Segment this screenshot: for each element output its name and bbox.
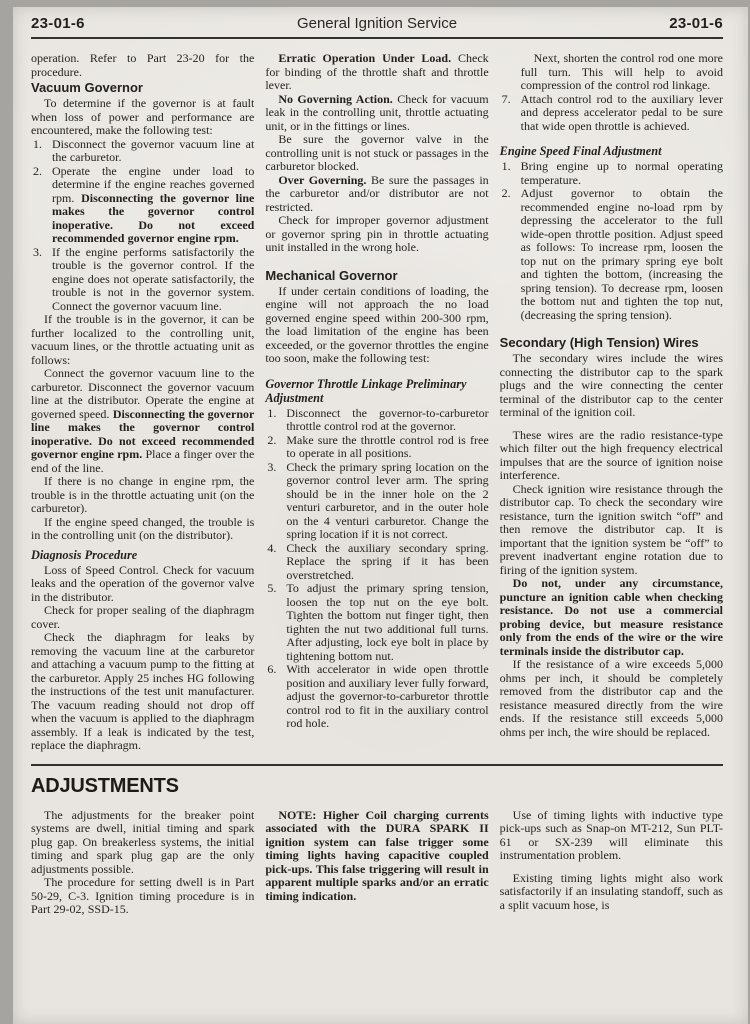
main-column-1: operation. Refer to Part 23-20 for the p…: [31, 52, 254, 753]
text-run: Existing timing lights might also work s…: [500, 871, 723, 912]
paragraph: The procedure for setting dwell is in Pa…: [31, 876, 254, 917]
text-run: Check for proper sealing of the diaphrag…: [31, 603, 254, 631]
text-run: These wires are the radio resistance-typ…: [500, 428, 723, 483]
text-run: Check ignition wire resistance through t…: [500, 482, 723, 577]
text-run: Make sure the throttle control rod is fr…: [286, 433, 488, 461]
text-run: If the engine performs satisfactorily th…: [52, 245, 254, 313]
section-divider-rule: [31, 764, 723, 766]
list-item-text: Disconnect the governor-to-carburetor th…: [286, 406, 488, 434]
text-run: Check for improper governor adjustment o…: [265, 213, 488, 254]
adjustments-section: The adjustments for the breaker point sy…: [31, 809, 723, 917]
adjustments-column-2: NOTE: Higher Coil charging currents asso…: [265, 809, 488, 917]
text-run: The adjustments for the breaker point sy…: [31, 808, 254, 876]
text-run: Bring engine up to normal operating temp…: [521, 159, 723, 187]
paragraph: If there is no change in engine rpm, the…: [31, 475, 254, 516]
page-header: 23-01-6 General Ignition Service 23-01-6: [31, 15, 723, 32]
sub-heading: Diagnosis Procedure: [31, 548, 254, 562]
text-run: If the resistance of a wire exceeds 5,00…: [500, 657, 723, 739]
section-heading: Secondary (High Tension) Wires: [500, 335, 723, 350]
main-section: operation. Refer to Part 23-20 for the p…: [31, 52, 723, 753]
text-run: No Governing Action.: [278, 92, 392, 106]
list-item: 1.Disconnect the governor vacuum line at…: [31, 138, 254, 165]
list-item-text: Adjust governor to obtain the recommende…: [521, 186, 723, 322]
list-item-text: Attach control rod to the auxiliary leve…: [521, 92, 723, 133]
list-item: 4.Check the auxiliary secondary spring. …: [265, 542, 488, 583]
text-run: If there is no change in engine rpm, the…: [31, 474, 254, 515]
list-item: 1.Disconnect the governor-to-carburetor …: [265, 407, 488, 434]
paragraph: operation. Refer to Part 23-20 for the p…: [31, 52, 254, 79]
paragraph: Erratic Operation Under Load. Check for …: [265, 52, 488, 93]
page-title: General Ignition Service: [297, 15, 457, 32]
list-item: 3.Check the primary spring location on t…: [265, 461, 488, 542]
list-item-text: Check the primary spring location on the…: [286, 460, 488, 542]
paragraph: These wires are the radio resistance-typ…: [500, 429, 723, 483]
text-run: The secondary wires include the wires co…: [500, 351, 723, 419]
paragraph: Do not, under any circumstance, puncture…: [500, 577, 723, 658]
text-run: Over Governing.: [278, 173, 366, 187]
paragraph: If the engine speed changed, the trouble…: [31, 516, 254, 543]
list-number: 1.: [267, 407, 276, 421]
adjustments-column-3: Use of timing lights with inductive type…: [500, 809, 723, 917]
list-item: 3.If the engine performs satisfactorily …: [31, 246, 254, 314]
list-number: 2.: [502, 187, 511, 201]
text-run: Check the auxiliary secondary spring. Re…: [286, 541, 488, 582]
paragraph: Check the diaphragm for leaks by removin…: [31, 631, 254, 753]
list-number: 2.: [267, 434, 276, 448]
section-heading: Vacuum Governor: [31, 80, 254, 95]
text-run: If the engine speed changed, the trouble…: [31, 515, 254, 543]
paragraph: Be sure the governor valve in the contro…: [265, 133, 488, 174]
list-item: 1.Bring engine up to normal operating te…: [500, 160, 723, 187]
paragraph: Existing timing lights might also work s…: [500, 872, 723, 913]
paragraph: No Governing Action. Check for vacuum le…: [265, 93, 488, 134]
text-run: Loss of Speed Control. Check for vacuum …: [31, 563, 254, 604]
text-run: Use of timing lights with inductive type…: [500, 808, 723, 863]
text-run: Check the primary spring location on the…: [286, 460, 488, 542]
text-run: To adjust the primary spring tension, lo…: [286, 581, 488, 663]
paragraph: Over Governing. Be sure the passages in …: [265, 174, 488, 215]
list-item: 7.Attach control rod to the auxiliary le…: [500, 93, 723, 134]
list-item: 2.Make sure the throttle control rod is …: [265, 434, 488, 461]
list-number: 7.: [502, 93, 511, 107]
text-run: Disconnect the governor vacuum line at t…: [52, 137, 254, 165]
sub-heading: Governor Throttle Linkage Preliminary Ad…: [265, 377, 488, 405]
paragraph: If under certain conditions of loading, …: [265, 285, 488, 366]
list-item-text: Check the auxiliary secondary spring. Re…: [286, 541, 488, 582]
list-item: 6.With accelerator in wide open throttle…: [265, 663, 488, 731]
text-run: To determine if the governor is at fault…: [31, 96, 254, 137]
text-run: Erratic Operation Under Load.: [278, 51, 451, 65]
header-rule: [31, 37, 723, 39]
paragraph: NOTE: Higher Coil charging currents asso…: [265, 809, 488, 904]
list-item-text: Bring engine up to normal operating temp…: [521, 159, 723, 187]
main-column-2: Erratic Operation Under Load. Check for …: [265, 52, 488, 753]
manual-page: 23-01-6 General Ignition Service 23-01-6…: [13, 7, 748, 1024]
paragraph: Use of timing lights with inductive type…: [500, 809, 723, 863]
paragraph: To determine if the governor is at fault…: [31, 97, 254, 138]
sub-heading: Engine Speed Final Adjustment: [500, 144, 723, 158]
page-number-left: 23-01-6: [31, 15, 85, 32]
adjustments-heading: ADJUSTMENTS: [31, 775, 723, 798]
paragraph: The adjustments for the breaker point sy…: [31, 809, 254, 877]
list-item: 2.Operate the engine under load to deter…: [31, 165, 254, 246]
list-item-text: If the engine performs satisfactorily th…: [52, 245, 254, 313]
list-number: 4.: [267, 542, 276, 556]
paragraph: The secondary wires include the wires co…: [500, 352, 723, 420]
paragraph: If the resistance of a wire exceeds 5,00…: [500, 658, 723, 739]
list-item: 5.To adjust the primary spring tension, …: [265, 582, 488, 663]
text-run: Check the diaphragm for leaks by removin…: [31, 630, 254, 752]
section-heading: Mechanical Governor: [265, 268, 488, 283]
text-run: If under certain conditions of loading, …: [265, 284, 488, 366]
list-number: 1.: [502, 160, 511, 174]
paragraph: Loss of Speed Control. Check for vacuum …: [31, 564, 254, 605]
paragraph: If the trouble is in the governor, it ca…: [31, 313, 254, 367]
text-run: Disconnect the governor-to-carburetor th…: [286, 406, 488, 434]
list-item-text: With accelerator in wide open throttle p…: [286, 662, 488, 730]
list-item-text: Make sure the throttle control rod is fr…: [286, 433, 488, 461]
list-item-text: To adjust the primary spring tension, lo…: [286, 581, 488, 663]
text-run: NOTE: Higher Coil charging currents asso…: [265, 808, 488, 903]
paragraph: Check for proper sealing of the diaphrag…: [31, 604, 254, 631]
list-number: 1.: [33, 138, 42, 152]
paragraph: Check ignition wire resistance through t…: [500, 483, 723, 578]
list-number: 3.: [33, 246, 42, 260]
paragraph: Check for improper governor adjustment o…: [265, 214, 488, 255]
list-number: 5.: [267, 582, 276, 596]
paragraph: Next, shorten the control rod one more f…: [500, 52, 723, 93]
text-run: operation. Refer to Part 23-20 for the p…: [31, 51, 254, 79]
page-number-right: 23-01-6: [669, 15, 723, 32]
text-run: Adjust governor to obtain the recommende…: [521, 186, 723, 322]
list-item-text: Operate the engine under load to determi…: [52, 164, 254, 246]
text-run: With accelerator in wide open throttle p…: [286, 662, 488, 730]
text-run: If the trouble is in the governor, it ca…: [31, 312, 254, 367]
main-column-3: Next, shorten the control rod one more f…: [500, 52, 723, 753]
text-run: Be sure the governor valve in the contro…: [265, 132, 488, 173]
list-item-text: Disconnect the governor vacuum line at t…: [52, 137, 254, 165]
text-run: Attach control rod to the auxiliary leve…: [521, 92, 723, 133]
list-number: 2.: [33, 165, 42, 179]
list-number: 6.: [267, 663, 276, 677]
list-item: 2.Adjust governor to obtain the recommen…: [500, 187, 723, 322]
text-run: Disconnecting the governor line makes th…: [52, 191, 254, 246]
text-run: Do not, under any circumstance, puncture…: [500, 576, 723, 658]
text-run: The procedure for setting dwell is in Pa…: [31, 875, 254, 916]
text-run: Next, shorten the control rod one more f…: [521, 51, 723, 92]
paragraph: Connect the governor vacuum line to the …: [31, 367, 254, 475]
adjustments-column-1: The adjustments for the breaker point sy…: [31, 809, 254, 917]
list-number: 3.: [267, 461, 276, 475]
